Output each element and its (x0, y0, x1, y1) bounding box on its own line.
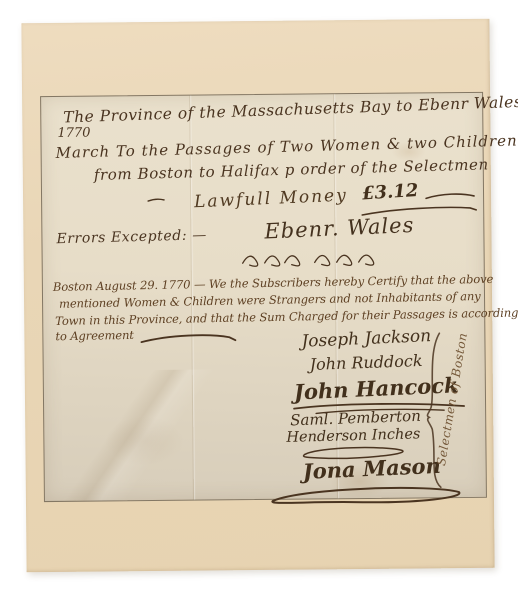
pen-dash (146, 196, 166, 204)
album-page-mat: The Province of the Massachusetts Bay to… (21, 19, 494, 572)
manuscript-photo: The Province of the Massachusetts Bay to… (40, 92, 487, 502)
certification-line-4: to Agreement (55, 330, 134, 343)
signature-jona-mason: Jona Mason (302, 455, 441, 482)
signature-henderson-inches: Henderson Inches (286, 427, 420, 445)
route-line: from Boston to Halifax p order of the Se… (94, 157, 489, 183)
agreement-dash (139, 331, 239, 346)
trailing-dash (424, 191, 476, 201)
signature-john-ruddock: John Ruddock (309, 353, 422, 373)
signature-saml-pemberton: Saml. Pemberton (290, 409, 421, 429)
certification-line-3: Town in this Province, and that the Sum … (55, 307, 518, 327)
corner-fold-shadow (44, 369, 215, 501)
currency-label: Lawfull Money (194, 187, 348, 211)
amount-value: £3.12 (362, 182, 419, 203)
year-label: 1770 (57, 127, 90, 140)
signature-flourish (239, 250, 389, 267)
header-line: The Province of the Massachusetts Bay to… (63, 95, 518, 126)
receipt-signature: Ebenr. Wales (264, 215, 415, 243)
signature-joseph-jackson: Joseph Jackson (301, 328, 431, 351)
errors-excepted-line: Errors Excepted: — (56, 228, 207, 246)
auction-scan: { "manuscript": { "header_line": "The Pr… (0, 0, 518, 600)
